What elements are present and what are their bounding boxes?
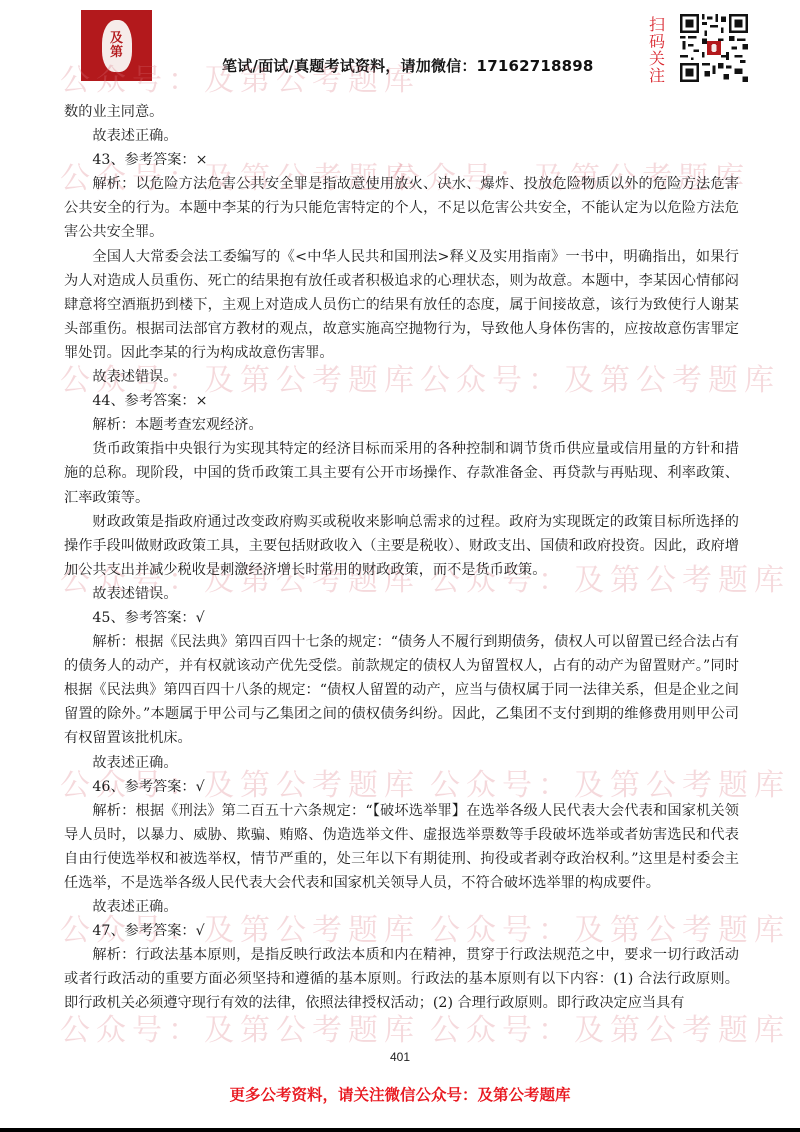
conclusion-text: 故表述正确。 xyxy=(64,124,739,148)
bottom-edge xyxy=(0,1128,800,1132)
page-number: 401 xyxy=(0,1050,800,1064)
answer-heading: 45、参考答案：√ xyxy=(64,606,739,630)
paragraph: 数的业主同意。 xyxy=(64,100,739,124)
scan-label-char: 注 xyxy=(648,67,666,84)
header-title: 笔试/面试/真题考试资料，请加微信：17162718898 xyxy=(222,55,594,76)
logo-char: 第 xyxy=(110,46,123,60)
qr-code-icon[interactable] xyxy=(680,14,748,82)
paragraph: 货币政策指中央银行为实现其特定的经济目标而采用的各种控制和调节货币供应量或信用量… xyxy=(64,437,739,509)
paragraph: 财政政策是指政府通过改变政府购买或税收来影响总需求的过程。政府为实现既定的政策目… xyxy=(64,510,739,582)
conclusion-text: 故表述正确。 xyxy=(64,895,739,919)
brand-logo: 及 第 xyxy=(81,10,152,81)
analysis-paragraph: 解析：根据《刑法》第二百五十六条规定：“【破坏选举罪】在选举各级人民代表大会代表… xyxy=(64,799,739,895)
answer-heading: 44、参考答案：× xyxy=(64,389,739,413)
answer-heading: 47、参考答案：√ xyxy=(64,919,739,943)
scan-label-char: 码 xyxy=(648,33,666,50)
scan-label-char: 关 xyxy=(648,50,666,67)
document-body: 数的业主同意。 故表述正确。 43、参考答案：× 解析：以危险方法危害公共安全罪… xyxy=(64,100,739,1016)
answer-heading: 43、参考答案：× xyxy=(64,148,739,172)
answer-heading: 46、参考答案：√ xyxy=(64,775,739,799)
conclusion-text: 故表述正确。 xyxy=(64,751,739,775)
page-header: 及 第 笔试/面试/真题考试资料，请加微信：17162718898 扫 码 关 … xyxy=(0,0,800,92)
scan-follow-label: 扫 码 关 注 xyxy=(648,16,666,84)
scan-label-char: 扫 xyxy=(648,16,666,33)
analysis-paragraph: 解析：本题考查宏观经济。 xyxy=(64,413,739,437)
footer-promo: 更多公考资料，请关注微信公众号：及第公考题库 xyxy=(0,1083,800,1105)
seal-icon: 及 第 xyxy=(102,20,132,72)
logo-char: 及 xyxy=(110,32,123,46)
conclusion-text: 故表述错误。 xyxy=(64,365,739,389)
analysis-paragraph: 解析：根据《民法典》第四百四十七条的规定：“债务人不履行到期债务，债权人可以留置… xyxy=(64,630,739,750)
conclusion-text: 故表述错误。 xyxy=(64,582,739,606)
analysis-paragraph: 解析：以危险方法危害公共安全罪是指故意使用放火、决水、爆炸、投放危险物质以外的危… xyxy=(64,172,739,244)
analysis-paragraph: 解析：行政法基本原则，是指反映行政法本质和内在精神，贯穿于行政法规范之中，要求一… xyxy=(64,943,739,1015)
paragraph: 全国人大常委会法工委编写的《<中华人民共和国刑法>释义及实用指南》一书中，明确指… xyxy=(64,245,739,365)
